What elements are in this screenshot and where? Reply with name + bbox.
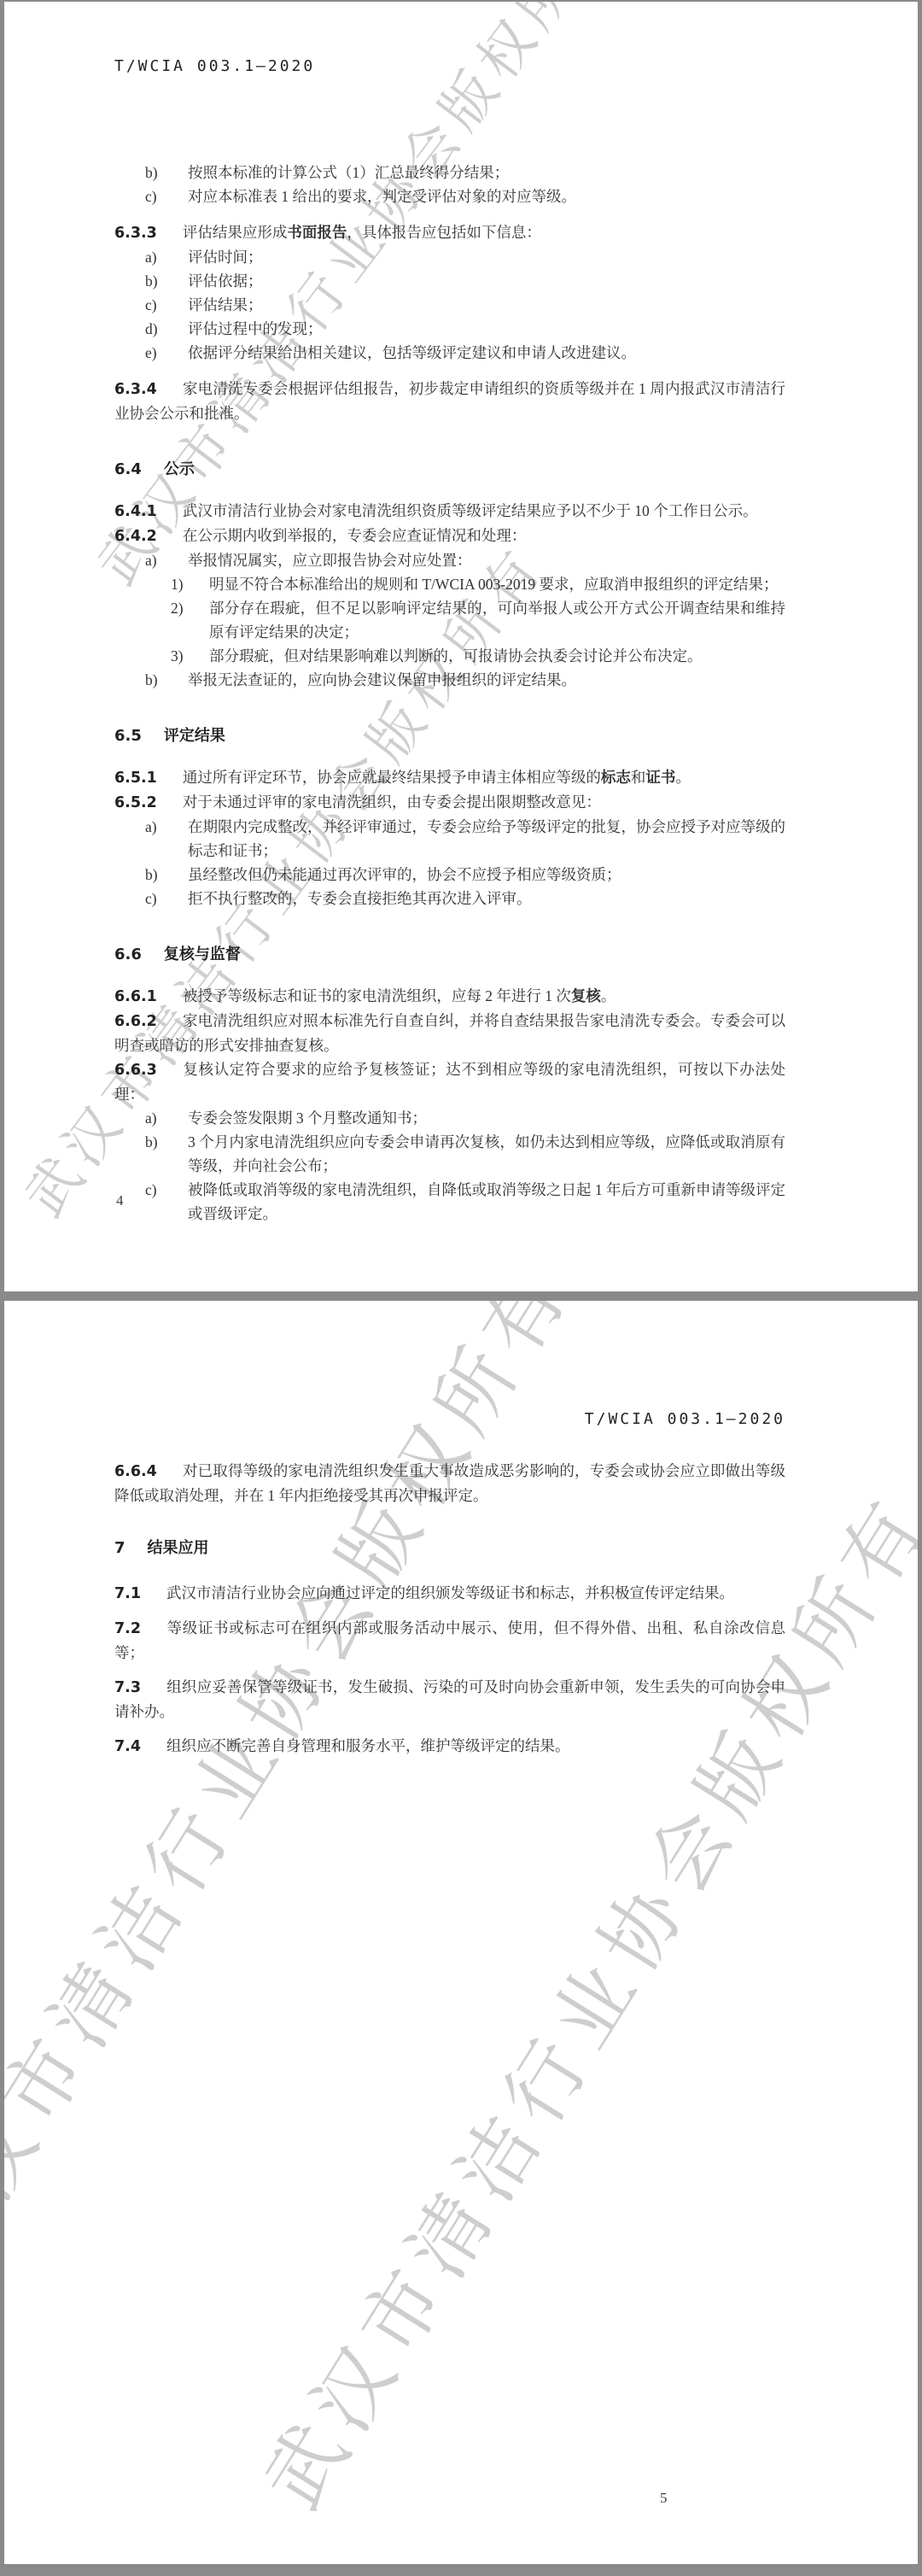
document-page-4: 武汉市清洁行业协会版权所有 武汉市清洁行业协会版权所有 T/WCIA 003.1…: [4, 2, 918, 1291]
clause-text: 等级证书或标志可在组织内部或服务活动中展示、使用，但不得外借、出租、私自涂改信息…: [114, 1619, 785, 1661]
clause-6.4.1: 6.4.1武汉市清洁行业协会对家电清洗组织资质等级评定结果应予以不少于 10 个…: [114, 499, 785, 524]
text-run: 。: [675, 769, 691, 786]
text-run: 通过所有评定环节，协会应就最终结果授予申请主体相应等级的: [183, 769, 601, 786]
clause-6.6.1: 6.6.1被授予等级标志和证书的家电清洗组织，应每 2 年进行 1 次复核。: [114, 984, 785, 1009]
clause-7.1: 7.1武汉市清洁行业协会应向通过评定的组织颁发等级证书和标志，并积极宣传评定结果…: [114, 1581, 785, 1606]
clause-number: 6.4.2: [114, 524, 183, 548]
page-number: 5: [660, 2486, 668, 2510]
clause-text: 评估依据；: [188, 269, 785, 293]
list-item-d): d)评估过程中的发现；: [145, 317, 785, 341]
clause-text: 对于未通过评审的家电清洗组织，由专委会提出限期整改意见：: [183, 793, 601, 811]
text-run: 复核认定符合要求的应给予复核签证；达不到相应等级的家电清洗组织，可按以下办法处理…: [114, 1061, 785, 1103]
list-item-3): 3)部分瑕疵，但对结果影响难以判断的，可报请协会执委会讨论并公布决定。: [171, 644, 785, 668]
list-item-2): 2)部分存在瑕疵，但不足以影响评定结果的，可向举报人或公开方式公开调查结果和维持…: [171, 596, 785, 644]
clause-6.5.1: 6.5.1通过所有评定环节，协会应就最终结果授予申请主体相应等级的标志和证书。: [114, 765, 785, 790]
clause-text: 武汉市清洁行业协会对家电清洗组织资质等级评定结果应予以不少于 10 个工作日公示…: [183, 502, 758, 519]
clause-number: 7.1: [114, 1582, 166, 1606]
clause-number: 2): [171, 596, 209, 644]
clause-number: 6.5: [114, 727, 164, 745]
text-run: 和: [631, 769, 646, 786]
clause-number: 6.6: [114, 946, 164, 963]
list-item-b): b)举报无法查证的，应向协会建议保留申报组织的评定结果。: [145, 668, 785, 692]
text-run: 在期限内完成整改，并经评审通过，专委会应给予等级评定的批复，协会应授予对应等级的…: [188, 818, 785, 859]
pdf-viewer-background: { "colors": { "viewer_background": "#8a8…: [0, 0, 922, 2576]
bold-term: 标志: [601, 770, 631, 787]
clause-text: 通过所有评定环节，协会应就最终结果授予申请主体相应等级的标志和证书。: [183, 769, 691, 786]
clause-number: a): [145, 245, 188, 269]
text-run: 部分存在瑕疵，但不足以影响评定结果的，可向举报人或公开方式公开调查结果和维持原有…: [209, 600, 785, 641]
clause-text: 部分瑕疵，但对结果影响难以判断的，可报请协会执委会讨论并公布决定。: [209, 644, 785, 668]
text-run: 对应本标准表 1 给出的要求，判定受评估对象的对应等级。: [188, 188, 576, 205]
standard-number-header: T/WCIA 003.1—2020: [114, 55, 785, 79]
section-heading-6.4: 6.4公示: [114, 458, 785, 482]
clause-6.6.4: 6.6.4对已取得等级的家电清洗组织发生重大事故造成恶劣影响的，专委会或协会应立…: [114, 1459, 785, 1508]
list-item-a): a)举报情况属实，应立即报告协会对应处置：: [145, 548, 785, 572]
text-run: 家电清洗组织应对照本标准先行自查自纠，并将自查结果报告家电清洗专委会。专委会可以…: [114, 1012, 785, 1054]
clause-text: 依据评分结果给出相关建议，包括等级评定建议和申请人改进建议。: [188, 341, 785, 365]
clause-number: 3): [171, 644, 209, 668]
page-4-content: b)按照本标准的计算公式（1）汇总最终得分结果；c)对应本标准表 1 给出的要求…: [114, 161, 785, 1226]
clause-number: 6.3.3: [114, 221, 183, 245]
list-item-a): a)评估时间；: [145, 245, 785, 269]
clause-number: 6.5.1: [114, 766, 183, 790]
clause-text: 复核与监督: [164, 946, 241, 963]
clause-text: 拒不执行整改的，专委会直接拒绝其再次进入评审。: [188, 887, 785, 910]
clause-number: b): [145, 269, 188, 293]
list-item-1): 1)明显不符合本标准给出的规则和 T/WCIA 003-2019 要求，应取消申…: [171, 572, 785, 596]
text-run: 组织应妥善保管等级证书，发生破损、污染的可及时向协会重新申领，发生丢失的可向协会…: [114, 1678, 785, 1720]
clause-text: 组织应妥善保管等级证书，发生破损、污染的可及时向协会重新申领，发生丢失的可向协会…: [114, 1678, 785, 1720]
clause-number: 6.5.2: [114, 791, 183, 815]
text-run: 评估依据；: [188, 272, 263, 290]
text-run: 依据评分结果给出相关建议，包括等级评定建议和申请人改进建议。: [188, 344, 636, 361]
text-run: 武汉市清洁行业协会对家电清洗组织资质等级评定结果应予以不少于 10 个工作日公示…: [183, 502, 758, 519]
list-item-b): b)评估依据；: [145, 269, 785, 293]
clause-number: 6.6.4: [114, 1460, 183, 1484]
clause-number: c): [145, 293, 188, 317]
clause-text: 明显不符合本标准给出的规则和 T/WCIA 003-2019 要求，应取消申报组…: [209, 572, 785, 596]
page-5-content: 6.6.4对已取得等级的家电清洗组织发生重大事故造成恶劣影响的，专委会或协会应立…: [114, 1459, 785, 1759]
clause-text: 3 个月内家电清洗组织应向专委会申请再次复核，如仍未达到相应等级，应降低或取消原…: [188, 1130, 785, 1178]
clause-7.3: 7.3组织应妥善保管等级证书，发生破损、污染的可及时向协会重新申领，发生丢失的可…: [114, 1675, 785, 1724]
clause-text: 举报无法查证的，应向协会建议保留申报组织的评定结果。: [188, 668, 785, 692]
clause-number: b): [145, 161, 188, 184]
text-run: 明显不符合本标准给出的规则和 T/WCIA 003-2019 要求，应取消申报组…: [209, 576, 778, 593]
clause-text: 对已取得等级的家电清洗组织发生重大事故造成恶劣影响的，专委会或协会应立即做出等级…: [114, 1462, 785, 1504]
clause-number: 7.2: [114, 1617, 166, 1641]
clause-number: 6.6.3: [114, 1058, 183, 1082]
clause-text: 被授予等级标志和证书的家电清洗组织，应每 2 年进行 1 次复核。: [183, 987, 616, 1004]
copyright-watermark: 武汉市清洁行业协会版权所有: [4, 1301, 561, 2275]
clause-number: c): [145, 1178, 188, 1226]
clause-text: 在公示期内收到举报的，专委会应查证情况和处理：: [183, 527, 527, 544]
text-run: 对于未通过评审的家电清洗组织，由专委会提出限期整改意见：: [183, 793, 601, 811]
bold-term: 复核: [571, 988, 601, 1005]
clause-6.3.3: 6.3.3评估结果应形成书面报告，具体报告应包括如下信息：: [114, 220, 785, 245]
clause-text: 评定结果: [164, 727, 225, 745]
text-run: 部分瑕疵，但对结果影响难以判断的，可报请协会执委会讨论并公布决定。: [209, 647, 703, 664]
clause-number: b): [145, 668, 188, 692]
text-run: 家电清洗专委会根据评估组报告，初步裁定申请组织的资质等级并在 1 周内报武汉市清…: [114, 380, 785, 422]
clause-number: 7.3: [114, 1676, 166, 1700]
clause-number: 1): [171, 572, 209, 596]
page-number: 4: [116, 1189, 124, 1213]
clause-text: 公示: [164, 460, 195, 478]
clause-7.4: 7.4组织应不断完善自身管理和服务水平，维护等级评定的结果。: [114, 1734, 785, 1759]
clause-text: 家电清洗组织应对照本标准先行自查自纠，并将自查结果报告家电清洗专委会。专委会可以…: [114, 1012, 785, 1054]
clause-6.6.2: 6.6.2家电清洗组织应对照本标准先行自查自纠，并将自查结果报告家电清洗专委会。…: [114, 1009, 785, 1057]
text-run: 评定结果: [164, 727, 225, 745]
text-run: 被授予等级标志和证书的家电清洗组织，应每 2 年进行 1 次: [183, 987, 571, 1004]
text-run: 评估结果应形成: [183, 224, 288, 241]
clause-number: 7: [114, 1539, 148, 1557]
text-run: 组织应不断完善自身管理和服务水平，维护等级评定的结果。: [166, 1737, 570, 1754]
clause-text: 评估结果应形成书面报告，具体报告应包括如下信息：: [183, 224, 541, 241]
text-run: 举报情况属实，应立即报告协会对应处置：: [188, 552, 472, 569]
bold-term: 书面报告: [287, 225, 347, 242]
text-run: ，具体报告应包括如下信息：: [347, 224, 541, 241]
clause-text: 评估过程中的发现；: [188, 317, 785, 341]
text-run: 被降低或取消等级的家电清洗组织，自降低或取消等级之日起 1 年后方可重新申请等级…: [188, 1181, 785, 1222]
clause-number: c): [145, 887, 188, 910]
clause-text: 组织应不断完善自身管理和服务水平，维护等级评定的结果。: [166, 1737, 570, 1754]
clause-6.4.2: 6.4.2在公示期内收到举报的，专委会应查证情况和处理：: [114, 524, 785, 548]
clause-number: a): [145, 815, 188, 863]
text-run: 评估时间；: [188, 249, 263, 266]
text-run: 评估过程中的发现；: [188, 320, 323, 337]
clause-number: c): [145, 184, 188, 208]
clause-text: 在期限内完成整改，并经评审通过，专委会应给予等级评定的批复，协会应授予对应等级的…: [188, 815, 785, 863]
clause-7.2: 7.2等级证书或标志可在组织内部或服务活动中展示、使用，但不得外借、出租、私自涂…: [114, 1616, 785, 1665]
clause-6.3.4: 6.3.4家电清洗专委会根据评估组报告，初步裁定申请组织的资质等级并在 1 周内…: [114, 377, 785, 425]
clause-number: a): [145, 548, 188, 572]
clause-text: 武汉市清洁行业协会应向通过评定的组织颁发等级证书和标志，并积极宣传评定结果。: [166, 1584, 734, 1601]
clause-6.5.2: 6.5.2对于未通过评审的家电清洗组织，由专委会提出限期整改意见：: [114, 790, 785, 815]
text-run: 公示: [164, 460, 195, 478]
text-run: 在公示期内收到举报的，专委会应查证情况和处理：: [183, 527, 527, 544]
text-run: 对已取得等级的家电清洗组织发生重大事故造成恶劣影响的，专委会或协会应立即做出等级…: [114, 1462, 785, 1504]
text-run: 复核与监督: [164, 946, 241, 963]
list-item-a): a)在期限内完成整改，并经评审通过，专委会应给予等级评定的批复，协会应授予对应等…: [145, 815, 785, 863]
list-item-e): e)依据评分结果给出相关建议，包括等级评定建议和申请人改进建议。: [145, 341, 785, 365]
list-item-b): b)3 个月内家电清洗组织应向专委会申请再次复核，如仍未达到相应等级，应降低或取…: [145, 1130, 785, 1178]
clause-number: 6.3.4: [114, 378, 183, 401]
clause-text: 被降低或取消等级的家电清洗组织，自降低或取消等级之日起 1 年后方可重新申请等级…: [188, 1178, 785, 1226]
section-heading-7: 7结果应用: [114, 1537, 785, 1560]
clause-number: 6.4.1: [114, 500, 183, 524]
clause-text: 家电清洗专委会根据评估组报告，初步裁定申请组织的资质等级并在 1 周内报武汉市清…: [114, 380, 785, 422]
text-run: 等级证书或标志可在组织内部或服务活动中展示、使用，但不得外借、出租、私自涂改信息…: [114, 1619, 785, 1661]
clause-number: 7.4: [114, 1735, 166, 1759]
text-run: 结果应用: [148, 1539, 209, 1557]
clause-number: b): [145, 863, 188, 887]
clause-text: 部分存在瑕疵，但不足以影响评定结果的，可向举报人或公开方式公开调查结果和维持原有…: [209, 596, 785, 644]
text-run: 虽经整改但仍未能通过再次评审的，协会不应授予相应等级资质；: [188, 866, 621, 883]
clause-number: b): [145, 1130, 188, 1178]
clause-number: 6.6.1: [114, 985, 183, 1009]
clause-6.6.3: 6.6.3复核认定符合要求的应给予复核签证；达不到相应等级的家电清洗组织，可按以…: [114, 1057, 785, 1106]
clause-number: e): [145, 341, 188, 365]
clause-number: d): [145, 317, 188, 341]
clause-text: 对应本标准表 1 给出的要求，判定受评估对象的对应等级。: [188, 184, 785, 208]
document-page-5: 武汉市清洁行业协会版权所有 武汉市清洁行业协会版权所有 T/WCIA 003.1…: [4, 1301, 918, 2564]
section-heading-6.6: 6.6复核与监督: [114, 943, 785, 967]
list-item-c): c)被降低或取消等级的家电清洗组织，自降低或取消等级之日起 1 年后方可重新申请…: [145, 1178, 785, 1226]
clause-text: 结果应用: [148, 1539, 209, 1557]
clause-number: a): [145, 1106, 188, 1130]
clause-text: 评估时间；: [188, 245, 785, 269]
text-run: 武汉市清洁行业协会应向通过评定的组织颁发等级证书和标志，并积极宣传评定结果。: [166, 1584, 734, 1601]
clause-text: 复核认定符合要求的应给予复核签证；达不到相应等级的家电清洗组织，可按以下办法处理…: [114, 1061, 785, 1103]
bold-term: 证书: [645, 770, 675, 787]
clause-text: 虽经整改但仍未能通过再次评审的，协会不应授予相应等级资质；: [188, 863, 785, 887]
text-run: 拒不执行整改的，专委会直接拒绝其再次进入评审。: [188, 890, 532, 907]
clause-number: 6.6.2: [114, 1010, 183, 1033]
list-item-a): a)专委会签发限期 3 个月整改通知书；: [145, 1106, 785, 1130]
text-run: 3 个月内家电清洗组织应向专委会申请再次复核，如仍未达到相应等级，应降低或取消原…: [188, 1133, 785, 1174]
text-run: 专委会签发限期 3 个月整改通知书；: [188, 1109, 427, 1127]
clause-text: 评估结果；: [188, 293, 785, 317]
clause-number: 6.4: [114, 460, 164, 478]
standard-number-header: T/WCIA 003.1—2020: [114, 1408, 785, 1431]
clause-text: 专委会签发限期 3 个月整改通知书；: [188, 1106, 785, 1130]
list-item-b): b)按照本标准的计算公式（1）汇总最终得分结果；: [145, 161, 785, 184]
clause-text: 举报情况属实，应立即报告协会对应处置：: [188, 548, 785, 572]
text-run: 评估结果；: [188, 296, 263, 313]
text-run: 举报无法查证的，应向协会建议保留申报组织的评定结果。: [188, 671, 576, 688]
list-item-c): c)评估结果；: [145, 293, 785, 317]
list-item-c): c)拒不执行整改的，专委会直接拒绝其再次进入评审。: [145, 887, 785, 910]
text-run: 按照本标准的计算公式（1）汇总最终得分结果；: [188, 164, 509, 181]
list-item-b): b)虽经整改但仍未能通过再次评审的，协会不应授予相应等级资质；: [145, 863, 785, 887]
clause-text: 按照本标准的计算公式（1）汇总最终得分结果；: [188, 161, 785, 184]
text-run: 。: [601, 987, 616, 1004]
section-heading-6.5: 6.5评定结果: [114, 724, 785, 748]
list-item-c): c)对应本标准表 1 给出的要求，判定受评估对象的对应等级。: [145, 184, 785, 208]
